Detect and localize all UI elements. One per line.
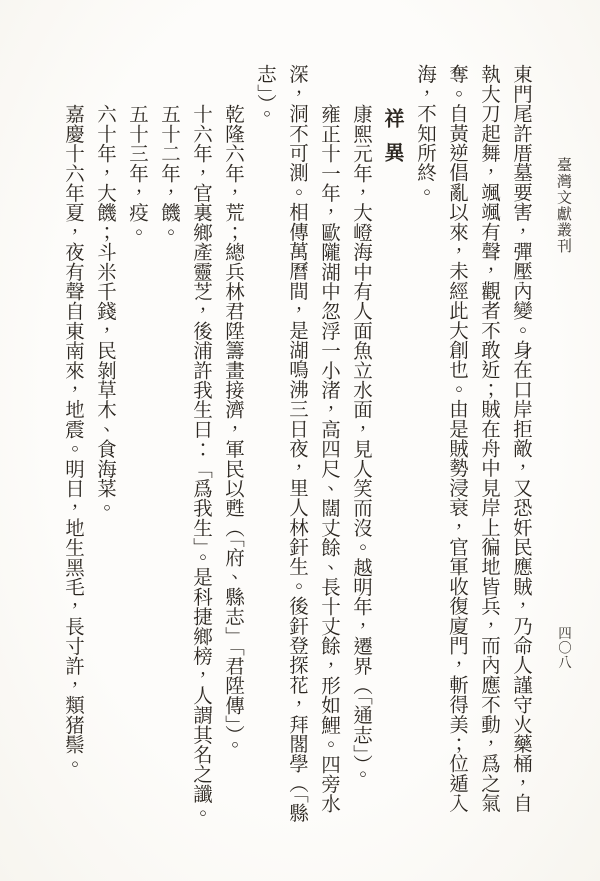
text-column: 康熙元年，大嶝海中有人面魚立水面，見人笑而沒。越明年，遷界（「通志」）。 bbox=[344, 64, 376, 828]
text-column: 十六年，官裏鄉產靈芝，後浦許我生曰：「爲我生」。是科捷鄉榜，人謂其名之讖。 bbox=[184, 64, 216, 828]
series-running-title: 臺灣文獻叢刊 bbox=[552, 157, 574, 254]
text-column: 奪。自黃逆倡亂以來，未經此大創也。由是賊勢浸衰，官軍收復廈門，斬得美；位遁入 bbox=[440, 64, 472, 828]
book-page: 臺灣文獻叢刊 四〇八 東門尾許厝墓要害，彈壓內變。身在口岸拒敵，又恐奸民應賊，乃… bbox=[0, 0, 600, 881]
text-column: 深，洞不可測。相傳萬曆間，是湖鳴沸三日夜，里人林釬生。後釬登探花，拜閣學（「縣 bbox=[280, 64, 312, 828]
text-column: 五十二年，饑。 bbox=[152, 64, 184, 828]
text-column: 乾隆六年，荒；總兵林君陞籌畫接濟，軍民以甦（「府、縣志」「君陞傳」）。 bbox=[216, 64, 248, 828]
text-column: 東門尾許厝墓要害，彈壓內變。身在口岸拒敵，又恐奸民應賊，乃命人謹守火藥桶，自 bbox=[504, 64, 536, 828]
text-column: 六十年，大饑；斗米千錢，民剝草木、食海菜。 bbox=[88, 64, 120, 828]
text-column: 海，不知所終。 bbox=[408, 64, 440, 828]
text-column: 五十三年，疫。 bbox=[120, 64, 152, 828]
vertical-text-block: 東門尾許厝墓要害，彈壓內變。身在口岸拒敵，又恐奸民應賊，乃命人謹守火藥桶，自執大… bbox=[56, 64, 536, 828]
text-column: 志」）。 bbox=[248, 64, 280, 828]
folio-page-number: 四〇八 bbox=[553, 626, 573, 670]
text-column: 嘉慶十六年夏，夜有聲自東南來，地震。明日，地生黑毛，長寸許，類猪鬃。 bbox=[56, 64, 88, 828]
text-column: 執大刀起舞，颯颯有聲，觀者不敢近；賊在舟中見岸上徧地皆兵，而內應不動，爲之氣 bbox=[472, 64, 504, 828]
text-column: 雍正十一年，歐隴湖中忽浮一小渚，高四尺、闊丈餘、長十丈餘，形如鯉。四旁水 bbox=[312, 64, 344, 828]
section-heading: 祥異 bbox=[376, 64, 408, 828]
